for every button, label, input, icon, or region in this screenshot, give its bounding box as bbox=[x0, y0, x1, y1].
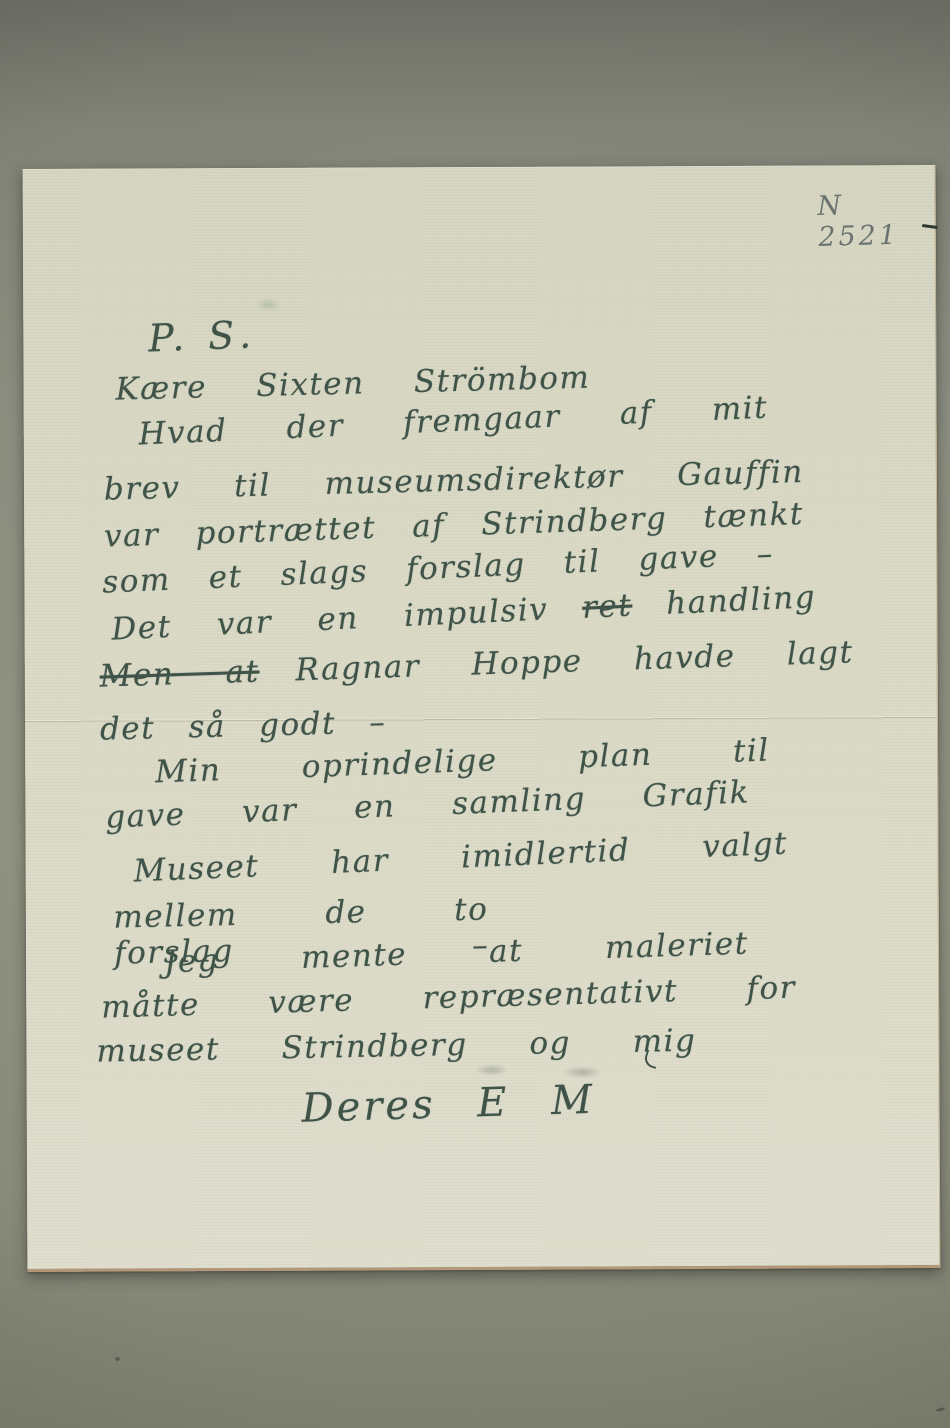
struck-word: Men at bbox=[99, 654, 260, 695]
handwritten-line: museet Strindberg og mig bbox=[96, 1023, 697, 1070]
archive-number: N 2521 bbox=[817, 188, 936, 254]
letter-paper: N 2521 P. S. Kære Sixten Strömbom Hvad d… bbox=[23, 165, 941, 1272]
dust-speck bbox=[936, 1407, 945, 1412]
line-text: Det var en impulsiv bbox=[111, 591, 549, 647]
handwritten-line: det så godt – bbox=[100, 704, 387, 747]
dust-speck bbox=[115, 1357, 120, 1361]
struck-word: ret bbox=[581, 588, 633, 626]
handwritten-line: Museet har imidlertid valgt bbox=[133, 826, 789, 890]
ink-flourish-mark bbox=[642, 1050, 660, 1070]
pencil-smudge bbox=[255, 298, 281, 312]
pencil-smudge bbox=[475, 1064, 509, 1076]
handwritten-line-with-strikethrough: Men atRagnar Hoppe havde lagt bbox=[99, 637, 760, 694]
scanned-letter-photo: N 2521 P. S. Kære Sixten Strömbom Hvad d… bbox=[0, 0, 950, 1428]
pencil-smudge bbox=[563, 1065, 603, 1078]
postscript-heading: P. S. bbox=[147, 312, 257, 360]
signature: Deres E M bbox=[301, 1077, 596, 1132]
line-text: handling bbox=[665, 579, 816, 622]
line-text: Ragnar Hoppe havde lagt bbox=[295, 634, 854, 688]
